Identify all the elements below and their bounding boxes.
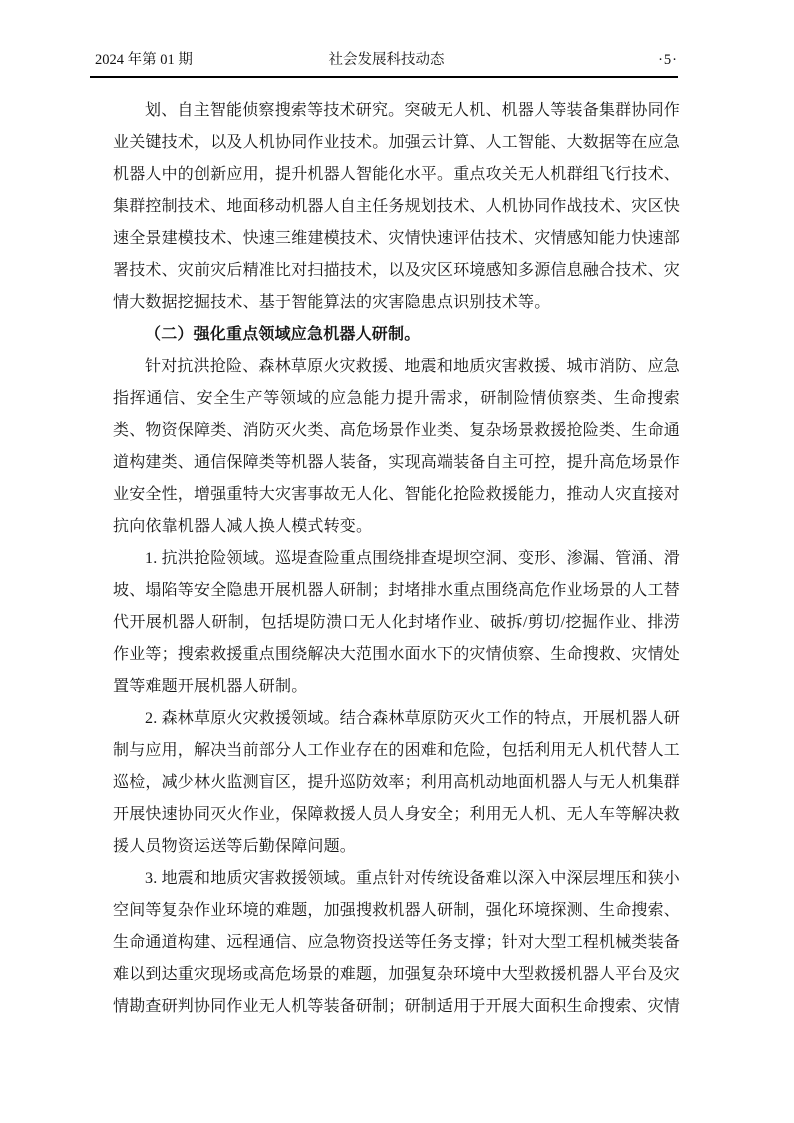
header-journal-title: 社会发展科技动态 <box>289 51 483 69</box>
numbered-paragraph-2: 2. 森林草原火灾救援领域。结合森林草原防灭火工作的特点，开展机器人研制与应用，… <box>113 703 680 863</box>
intro-paragraph: 针对抗洪抢险、森林草原火灾救援、地震和地质灾害救援、城市消防、应急指挥通信、安全… <box>113 351 680 543</box>
document-body: 划、自主智能侦察搜索等技术研究。突破无人机、机器人等装备集群协同作业关键技术，以… <box>113 95 680 1023</box>
page-header: 2024 年第 01 期 社会发展科技动态 ·5· <box>95 51 678 69</box>
continuation-paragraph: 划、自主智能侦察搜索等技术研究。突破无人机、机器人等装备集群协同作业关键技术，以… <box>113 95 680 319</box>
section-heading: （二）强化重点领域应急机器人研制。 <box>113 319 680 351</box>
numbered-paragraph-1: 1. 抗洪抢险领域。巡堤查险重点围绕排查堤坝空洞、变形、渗漏、管涌、滑坡、塌陷等… <box>113 543 680 703</box>
header-page-number: ·5· <box>484 51 678 69</box>
numbered-paragraph-3: 3. 地震和地质灾害救援领域。重点针对传统设备难以深入中深层埋压和狭小空间等复杂… <box>113 863 680 1023</box>
header-divider <box>90 76 678 78</box>
document-page: 2024 年第 01 期 社会发展科技动态 ·5· 划、自主智能侦察搜索等技术研… <box>0 0 794 1123</box>
header-issue: 2024 年第 01 期 <box>95 51 289 69</box>
